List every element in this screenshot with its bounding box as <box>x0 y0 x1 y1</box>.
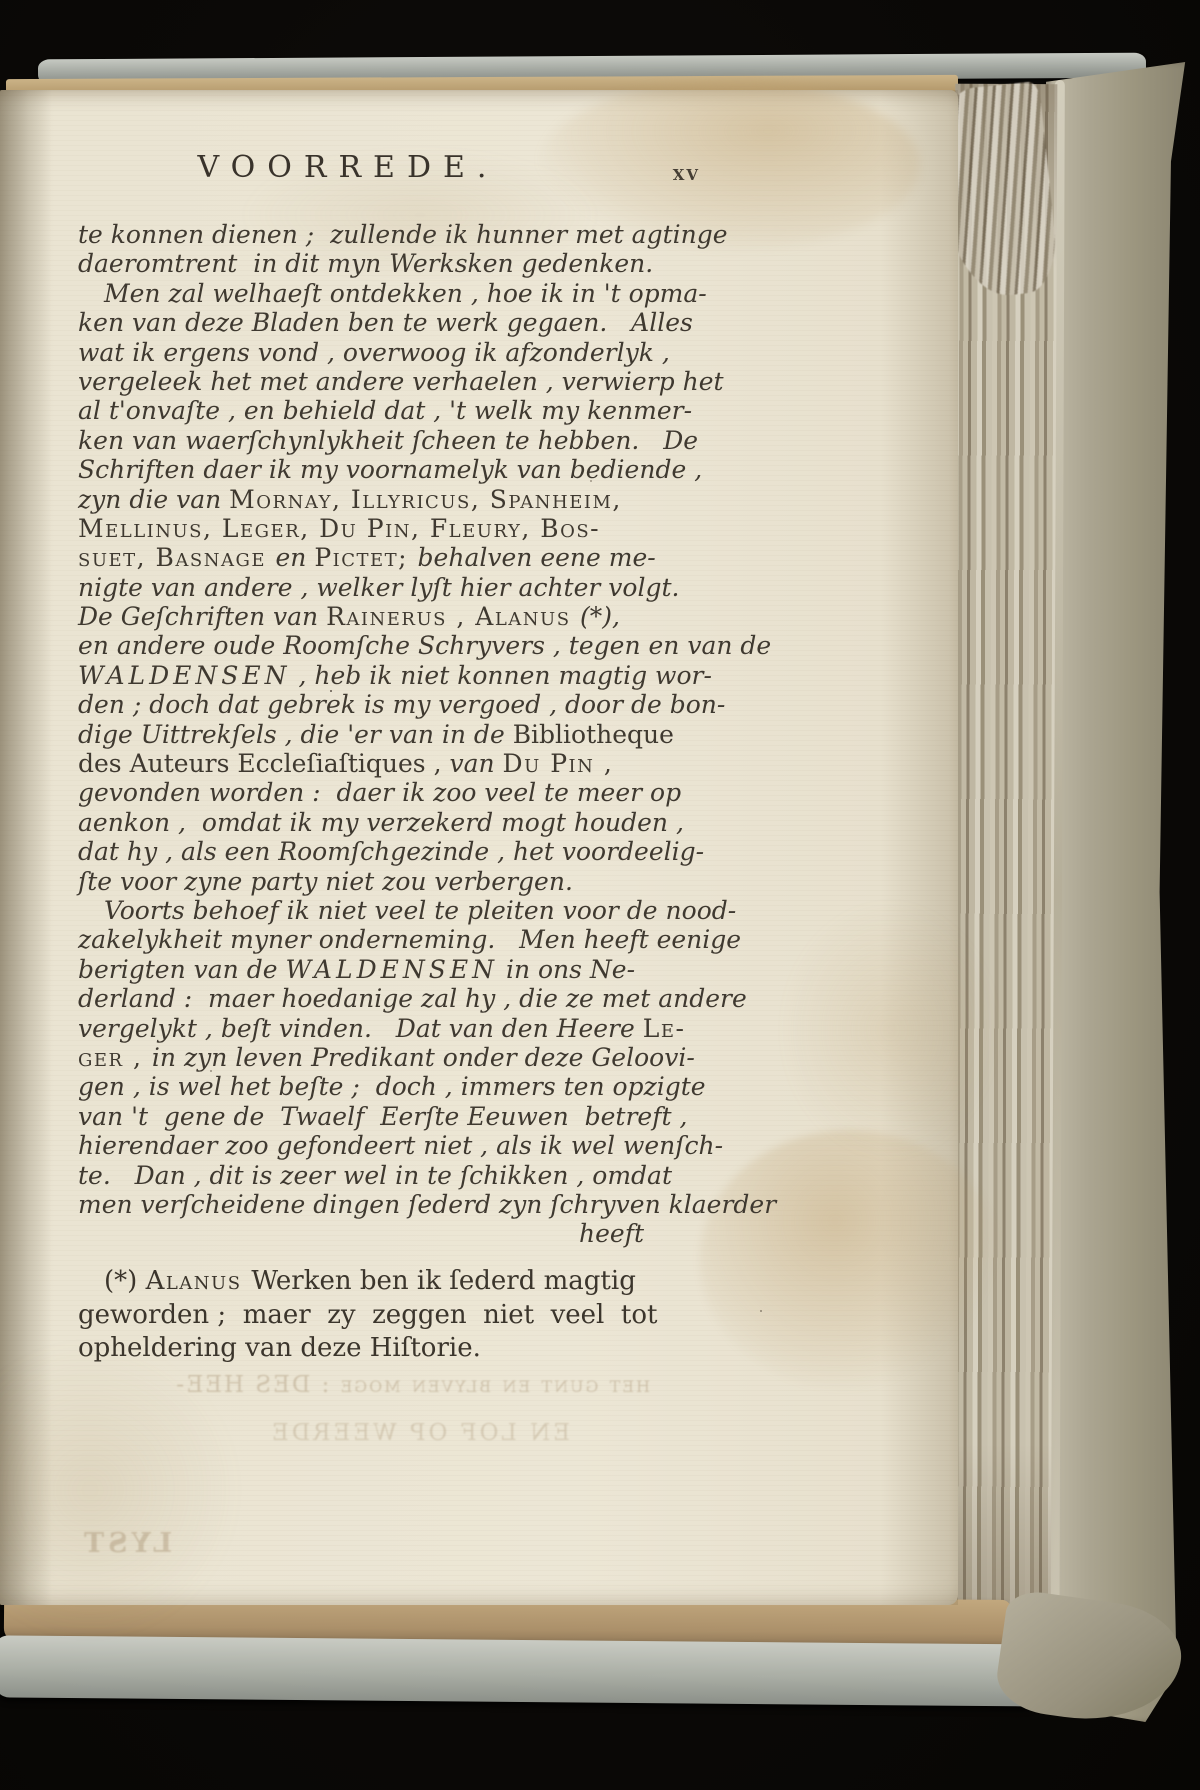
book-fore-edge-pages <box>949 84 1058 1629</box>
text-segment: dige Uittrekſels , die 'er van in de <box>78 720 513 749</box>
photograph-background: het gunt en blyven moge : DES HEE- EN LO… <box>0 0 1200 1790</box>
text-line: wat ik ergens vond , overwoog ik afzonde… <box>78 338 702 367</box>
page-number: xv <box>673 160 700 185</box>
text-segment: Mellinus, Leger, Du Pin, Fleury, Bos- <box>78 514 600 543</box>
text-segment: Alanus <box>146 1266 252 1296</box>
text-line: opheldering van deze Hiſtorie. <box>78 1332 702 1366</box>
text-segment: Voorts behoef ik niet veel te pleiten vo… <box>104 896 736 925</box>
text-segment: in ons Ne- <box>498 955 635 984</box>
text-segment: hierendaer zoo gefondeert niet , als ik … <box>78 1131 723 1160</box>
text-segment: en <box>275 543 314 572</box>
text-line: gevonden worden : daer ik zoo veel te me… <box>78 778 702 807</box>
text-line: ken van waerſchynlykheit ſcheen te hebbe… <box>78 426 702 455</box>
text-segment: Men zal welhaeſt ontdekken , hoe ik in '… <box>104 279 707 308</box>
footnote: (*) Alanus Werken ben ik ſederd magtigge… <box>78 1265 702 1366</box>
text-segment: gen , is wel het beſte ; doch , immers t… <box>78 1072 706 1101</box>
text-segment: van 't gene de Twaelf Eerſte Eeuwen betr… <box>78 1102 687 1131</box>
page-header: VOORREDE. xv <box>78 150 702 212</box>
text-segment: daeromtrent in dit myn Werksken gedenken… <box>78 249 653 278</box>
text-line: vergelykt , beſt vinden. Dat van den Hee… <box>78 1014 702 1043</box>
text-segment: vergeleek het met andere verhaelen , ver… <box>78 367 724 396</box>
text-line: te. Dan , dit is zeer wel in te ſchikken… <box>78 1161 702 1190</box>
text-line: des Auteurs Eccleſiaſtiques , van Du Pin… <box>78 749 702 778</box>
text-segment: aenkon , omdat ik my verzekerd mogt houd… <box>78 808 684 837</box>
text-line: men verſcheidene dingen ſederd zyn ſchry… <box>78 1190 702 1219</box>
text-segment: te konnen dienen ; zullende ik hunner me… <box>78 220 728 249</box>
text-segment: en andere oude Roomſche Schryvers , tege… <box>78 631 771 660</box>
text-line: De Geſchriften van Rainerus , Alanus (*)… <box>78 602 702 631</box>
text-line: (*) Alanus Werken ben ik ſederd magtig <box>78 1265 702 1299</box>
text-segment: , heb ik niet konnen magtig wor- <box>291 661 712 690</box>
text-segment: Mornay, Illyricus, Spanheim, <box>229 485 622 514</box>
text-segment: van <box>449 749 502 778</box>
text-segment: vergelykt , beſt vinden. Dat van den Hee… <box>78 1014 643 1043</box>
text-segment: Le- <box>643 1014 686 1043</box>
text-segment: den ; doch dat gebrek is my vergoed , do… <box>78 690 725 719</box>
text-segment: dat hy , als een Roomſchgezinde , het vo… <box>78 837 704 866</box>
text-segment: derland : maer hoedanige zal hy , die ze… <box>78 984 747 1013</box>
text-line: ken van deze Bladen ben te werk gegaen. … <box>78 308 702 337</box>
page-edge-shadow <box>880 90 958 1605</box>
gutter-shadow <box>0 90 52 1605</box>
text-line: te konnen dienen ; zullende ik hunner me… <box>78 220 702 249</box>
book-cover-bottom-edge <box>0 1635 1052 1706</box>
text-line: berigten van de WALDENSEN in ons Ne- <box>78 955 702 984</box>
page-text-block: VOORREDE. xv te konnen dienen ; zullende… <box>78 150 702 1366</box>
text-line: en andere oude Roomſche Schryvers , tege… <box>78 631 702 660</box>
text-line: aenkon , omdat ik my verzekerd mogt houd… <box>78 808 702 837</box>
text-line: vergeleek het met andere verhaelen , ver… <box>78 367 702 396</box>
page-title: VOORREDE. <box>78 150 702 185</box>
text-segment: suet, Basnage <box>78 543 275 572</box>
text-line: van 't gene de Twaelf Eerſte Eeuwen betr… <box>78 1102 702 1131</box>
text-line: suet, Basnage en Pictet; behalven eene m… <box>78 543 702 572</box>
text-line: daeromtrent in dit myn Werksken gedenken… <box>78 249 702 278</box>
book-cover-right <box>1046 62 1188 1722</box>
text-line: dige Uittrekſels , die 'er van in de Bib… <box>78 720 702 749</box>
catchword: heeft <box>78 1219 702 1249</box>
showthrough-text: LYST <box>80 1528 172 1559</box>
text-segment: Schriften daer ik my voornamelyk van bed… <box>78 455 702 484</box>
text-line: dat hy , als een Roomſchgezinde , het vo… <box>78 837 702 866</box>
text-segment: Bibliotheque <box>513 720 674 749</box>
text-segment: De Geſchriften van <box>78 602 326 631</box>
text-segment: wat ik ergens vond , overwoog ik afzonde… <box>78 338 670 367</box>
text-line: Voorts behoef ik niet veel te pleiten vo… <box>78 896 702 925</box>
text-line: hierendaer zoo gefondeert niet , als ik … <box>78 1131 702 1160</box>
text-segment: (*), <box>580 602 620 631</box>
text-segment: opheldering van deze Hiſtorie. <box>78 1333 481 1363</box>
text-line: zakelykheit myner onderneming. Men heeft… <box>78 925 702 954</box>
text-segment: Pictet; <box>314 543 417 572</box>
text-segment: gevonden worden : daer ik zoo veel te me… <box>78 778 681 807</box>
text-segment: ken van deze Bladen ben te werk gegaen. … <box>78 308 693 337</box>
text-segment: nigte van andere , welker lyſt hier acht… <box>78 573 679 602</box>
text-segment: men verſcheidene dingen ſederd zyn ſchry… <box>78 1190 776 1219</box>
text-line: ger , in zyn leven Predikant onder deze … <box>78 1043 702 1072</box>
text-segment: Werken ben ik ſederd magtig <box>251 1266 636 1296</box>
text-line: den ; doch dat gebrek is my vergoed , do… <box>78 690 702 719</box>
text-line: Mellinus, Leger, Du Pin, Fleury, Bos- <box>78 514 702 543</box>
text-segment: ſte voor zyne party niet zou verbergen. <box>78 867 573 896</box>
text-line: zyn die van Mornay, Illyricus, Spanheim, <box>78 485 702 514</box>
text-segment: zyn die van <box>78 485 229 514</box>
text-segment: Rainerus , Alanus <box>326 602 580 631</box>
text-segment: in zyn leven Predikant onder deze Geloov… <box>152 1043 695 1072</box>
text-segment: Du Pin , <box>503 749 614 778</box>
text-segment: WALDENSEN <box>78 661 291 690</box>
text-line: ſte voor zyne party niet zou verbergen. <box>78 867 702 896</box>
showthrough-text: het gunt en blyven moge : DES HEE- <box>110 1372 650 1398</box>
text-segment: ken van waerſchynlykheit ſcheen te hebbe… <box>78 426 698 455</box>
text-segment: WALDENSEN <box>285 955 498 984</box>
text-line: Men zal welhaeſt ontdekken , hoe ik in '… <box>78 279 702 308</box>
text-segment: al t'onvaſte , en behield dat , 't welk … <box>78 396 692 425</box>
text-segment: (*) <box>104 1266 146 1296</box>
text-line: geworden ; maer zy zeggen niet veel tot <box>78 1299 702 1333</box>
showthrough-text: EN LOF OP WEERDE <box>250 1420 570 1446</box>
text-line: nigte van andere , welker lyſt hier acht… <box>78 573 702 602</box>
text-line: WALDENSEN , heb ik niet konnen magtig wo… <box>78 661 702 690</box>
text-segment: geworden ; maer zy zeggen niet veel tot <box>78 1300 657 1330</box>
text-segment: behalven eene me- <box>418 543 656 572</box>
text-segment: berigten van de <box>78 955 285 984</box>
text-segment: te. Dan , dit is zeer wel in te ſchikken… <box>78 1161 672 1190</box>
text-line: gen , is wel het beſte ; doch , immers t… <box>78 1072 702 1101</box>
text-line: al t'onvaſte , en behield dat , 't welk … <box>78 396 702 425</box>
text-line: Schriften daer ik my voornamelyk van bed… <box>78 455 702 484</box>
text-line: derland : maer hoedanige zal hy , die ze… <box>78 984 702 1013</box>
text-segment: zakelykheit myner onderneming. Men heeft… <box>78 925 741 954</box>
text-segment: ger , <box>78 1043 152 1072</box>
body-lines: te konnen dienen ; zullende ik hunner me… <box>78 220 702 1219</box>
text-segment: des Auteurs Eccleſiaſtiques , <box>78 749 449 778</box>
